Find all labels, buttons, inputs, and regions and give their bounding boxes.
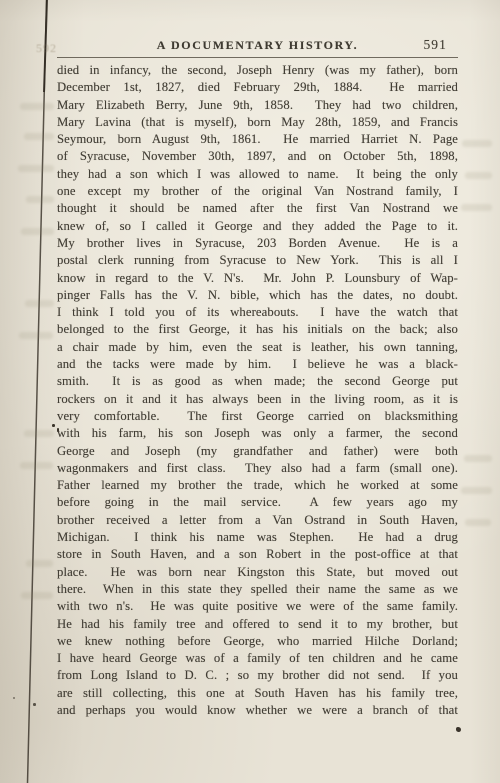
bleedthrough-smudge: [21, 592, 53, 599]
bleedthrough-smudge: [18, 165, 54, 172]
bleedthrough-smudge: [20, 103, 54, 110]
bleedthrough-smudge: [461, 487, 492, 494]
bleedthrough-smudge: [461, 204, 492, 211]
text-line: George and Joseph (my grandfather and fa…: [57, 443, 458, 460]
text-line: store in South Haven, and a son Robert i…: [57, 546, 458, 563]
text-line: My brother lives in Syracuse, 203 Borden…: [57, 235, 458, 252]
running-header: A DOCUMENTARY HISTORY. 591: [57, 37, 458, 54]
scanned-book-page: 592 A DOCUMENTARY HISTORY. 591 died in i…: [0, 0, 500, 783]
text-line: with his farm, his son Joseph was only a…: [57, 425, 458, 442]
bleedthrough-smudge: [24, 133, 54, 140]
text-line: I have heard George was of a family of t…: [57, 650, 458, 667]
bleedthrough-smudge: [25, 300, 54, 307]
text-line: they had a son which I was allowed to na…: [57, 166, 458, 183]
text-line: knew of, so I called it George and they …: [57, 218, 458, 235]
text-line: before going in the mail service. A few …: [57, 494, 458, 511]
page-number: 591: [423, 37, 447, 53]
text-line: Father learned my brother the trade, whi…: [57, 477, 458, 494]
text-line: wagonmakers and first class. They also h…: [57, 460, 458, 477]
bleedthrough-smudge: [20, 462, 53, 469]
text-line: December 1st, 1827, died February 29th, …: [57, 79, 458, 96]
bleedthrough-smudge: [465, 519, 491, 526]
text-line: brother received a letter from a Van Ost…: [57, 512, 458, 529]
text-line: there. When in this state they spelled t…: [57, 581, 458, 598]
text-line: know in regard to the V. N's. Mr. John P…: [57, 270, 458, 287]
text-line: and the tacks were made by him. I believ…: [57, 356, 458, 373]
text-line: belonged to the first George, it has his…: [57, 321, 458, 338]
text-line: Mary Lavina (that is myself), born May 2…: [57, 114, 458, 131]
text-line: pinger Falls has the V. N. bible, which …: [57, 287, 458, 304]
bleedthrough-smudge: [462, 140, 492, 147]
bleedthrough-smudge: [24, 430, 54, 437]
text-line: Michigan. I think his name was Stephen. …: [57, 529, 458, 546]
text-line: place. He was born near Kingston this St…: [57, 564, 458, 581]
text-line: I think I told you of its whereabouts. I…: [57, 304, 458, 321]
text-line: rockers on it and it has always been in …: [57, 391, 458, 408]
bleedthrough-smudge: [26, 560, 53, 567]
ink-speck: [52, 424, 55, 427]
page-body: died in infancy, the second, Joseph Henr…: [57, 62, 458, 719]
ink-speck: [57, 428, 59, 432]
text-line: very comfortable. The first George carri…: [57, 408, 458, 425]
ink-speck: [13, 697, 15, 699]
ink-speck: [33, 703, 36, 706]
text-line: Seymour, born August 9th, 1861. He marri…: [57, 131, 458, 148]
bleedthrough-smudge: [19, 332, 53, 339]
header-rule: [57, 57, 458, 58]
bleedthrough-smudge: [465, 172, 492, 179]
bleedthrough-smudge: [26, 196, 54, 203]
text-line: died in infancy, the second, Joseph Henr…: [57, 62, 458, 79]
text-line: are still collecting, this one at South …: [57, 685, 458, 702]
header-title: A DOCUMENTARY HISTORY.: [57, 38, 458, 53]
bleedthrough-page-number: 592: [36, 41, 57, 56]
text-line: He had his family tree and offered to se…: [57, 616, 458, 633]
text-line: a chair made by him, even the seat is le…: [57, 339, 458, 356]
bleedthrough-smudge: [21, 228, 54, 235]
text-line: thought it should be named after the fir…: [57, 200, 458, 217]
text-line: from Long Island to D. C. ; so my brothe…: [57, 667, 458, 684]
bleedthrough-smudge: [464, 455, 492, 462]
ink-speck: [456, 727, 461, 732]
text-line: one except my brother of the original Va…: [57, 183, 458, 200]
text-line: smith. It is as good as when made; the s…: [57, 373, 458, 390]
text-line: of Syracuse, November 30th, 1897, and on…: [57, 148, 458, 165]
text-line: with two n's. He was quite positive we w…: [57, 598, 458, 615]
text-line: and perhaps you would know whether we we…: [57, 702, 458, 719]
text-line: postal clerk running from Syracuse to Ne…: [57, 252, 458, 269]
text-line: we knew nothing before George, who marri…: [57, 633, 458, 650]
text-line: Mary Elizabeth Berry, June 9th, 1858. Th…: [57, 97, 458, 114]
